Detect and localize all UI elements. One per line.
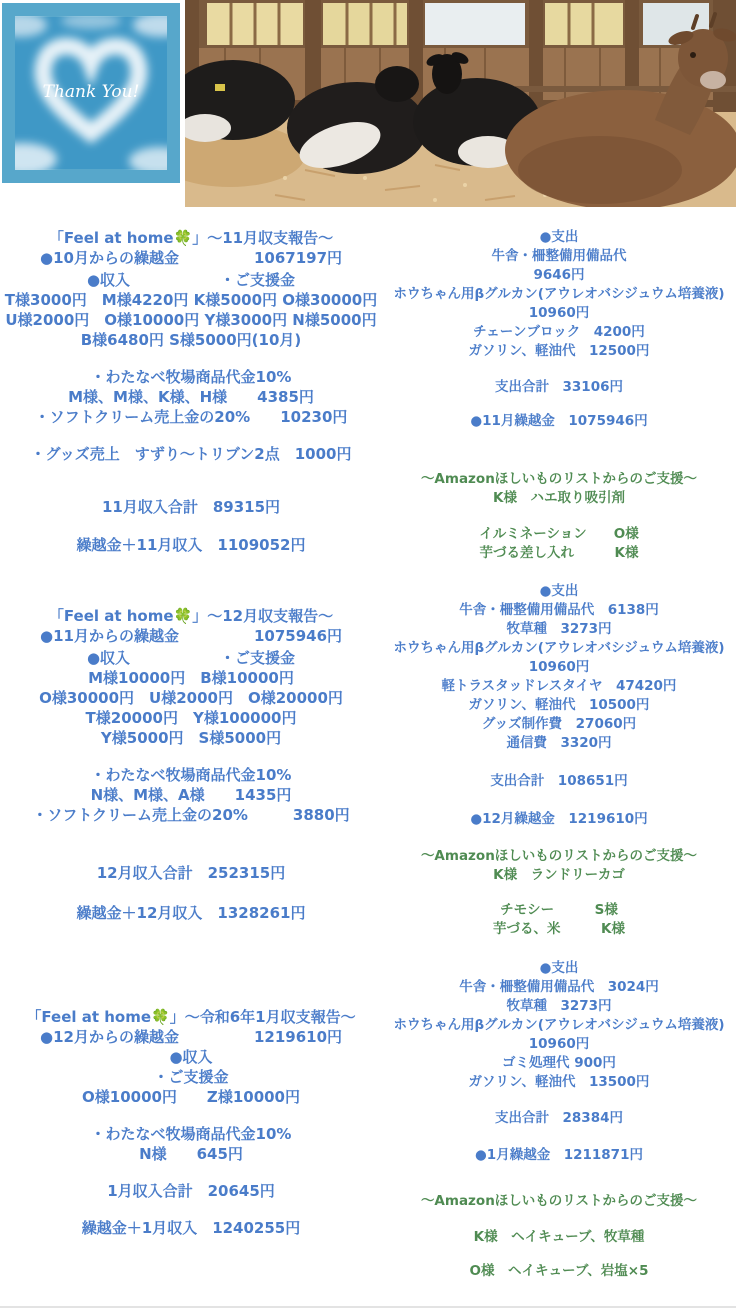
report-line: ●1月繰越金 1211871円 [382, 1146, 736, 1165]
report-line: 通信費 3320円 [382, 734, 736, 753]
thank-you-card: Thank You! [2, 3, 180, 183]
report-line: 繰越金＋11月収入 1109052円 [0, 535, 382, 555]
report-line: ・わたなべ牧場商品代金10% [0, 367, 382, 387]
report-line: 10960円 [382, 658, 736, 677]
report-line: 牛舎・柵整備用備品代 6138円 [382, 601, 736, 620]
report-line: ●10月からの繰越金 1067197円 [0, 248, 382, 268]
report-line: 12月収入合計 252315円 [0, 863, 382, 883]
report-line: ・グッズ売上 すずり〜トリブン2点 1000円 [0, 444, 382, 464]
report-line: 9646円 [382, 266, 736, 285]
report-line: ●12月繰越金 1219610円 [382, 810, 736, 829]
report-line: ガソリン、軽油代 13500円 [382, 1073, 736, 1092]
page: Thank You! [0, 0, 736, 1308]
report-line: イルミネーション O様 [382, 525, 736, 544]
report-line: O様 ヘイキューブ、岩塩×5 [382, 1262, 736, 1281]
report-line: ●12月からの繰越金 1219610円 [0, 1027, 382, 1047]
report-line: チェーンブロック 4200円 [382, 323, 736, 342]
report-line: ●支出 [382, 582, 736, 601]
report-line: T様20000円 Y様100000円 [0, 708, 382, 728]
report-line: ●11月繰越金 1075946円 [382, 412, 736, 431]
report-line: 〜Amazonほしいものリストからのご支援〜 [382, 1192, 736, 1211]
report-line: K様 ハエ取り吸引剤 [382, 489, 736, 508]
report-line: ●収入 ・ご支援金 [0, 270, 382, 290]
report-line: ●支出 [382, 228, 736, 247]
expense-column: ●支出牛舎・柵整備用備品代9646円ホウちゃん用βグルカン(アウレオバシジュウム… [382, 207, 736, 1281]
report-line: 牧草種 3273円 [382, 620, 736, 639]
report-line: 〜Amazonほしいものリストからのご支援〜 [382, 470, 736, 489]
report-line: Y様5000円 S様5000円 [0, 728, 382, 748]
report-line: チモシー S様 [382, 901, 736, 920]
report-line: N様、M様、A様 1435円 [0, 785, 382, 805]
report-line: グッズ制作費 27060円 [382, 715, 736, 734]
report-line: T様3000円 M様4220円 K様5000円 O様30000円 [0, 290, 382, 310]
report-line: ●11月からの繰越金 1075946円 [0, 626, 382, 646]
report-line: K様 ヘイキューブ、牧草種 [382, 1228, 736, 1247]
report-line: ホウちゃん用βグルカン(アウレオバシジュウム培養液) [382, 639, 736, 658]
report-line: 牛舎・柵整備用備品代 [382, 247, 736, 266]
report-line: K様 ランドリーカゴ [382, 866, 736, 885]
header: Thank You! [0, 0, 736, 207]
report-line: 支出合計 28384円 [382, 1109, 736, 1128]
report-line: 軽トラスタッドレスタイヤ 47420円 [382, 677, 736, 696]
report-line: O様30000円 U様2000円 O様20000円 [0, 688, 382, 708]
report-line: 「Feel at home🍀」〜11月収支報告〜 [0, 228, 382, 248]
report-line: ・ソフトクリーム売上金の20% 3880円 [0, 805, 382, 825]
report-line: ホウちゃん用βグルカン(アウレオバシジュウム培養液) [382, 1016, 736, 1035]
report-line: ●収入 [0, 1047, 382, 1067]
report-line: ●収入 ・ご支援金 [0, 648, 382, 668]
cloud-heart-image: Thank You! [15, 16, 167, 170]
report-line: 11月収入合計 89315円 [0, 497, 382, 517]
report-line: N様 645円 [0, 1144, 382, 1164]
report-line: 牛舎・柵整備用備品代 3024円 [382, 978, 736, 997]
report-line: ・ご支援金 [0, 1067, 382, 1087]
report-line: ・わたなべ牧場商品代金10% [0, 765, 382, 785]
report-line: 芋づる、米 K様 [382, 920, 736, 939]
report-line: ホウちゃん用βグルカン(アウレオバシジュウム培養液) [382, 285, 736, 304]
thank-you-text: Thank You! [43, 82, 140, 102]
barn-cows-photo [185, 0, 736, 207]
report-body: 「Feel at home🍀」〜11月収支報告〜●10月からの繰越金 10671… [0, 207, 736, 1281]
report-line: 支出合計 33106円 [382, 378, 736, 397]
report-line: M様10000円 B様10000円 [0, 668, 382, 688]
income-column: 「Feel at home🍀」〜11月収支報告〜●10月からの繰越金 10671… [0, 207, 382, 1238]
report-line: 芋づる差し入れ K様 [382, 544, 736, 563]
report-line: ゴミ処理代 900円 [382, 1054, 736, 1073]
report-line: 支出合計 108651円 [382, 772, 736, 791]
report-line: 10960円 [382, 304, 736, 323]
report-line: ●支出 [382, 959, 736, 978]
report-line: 1月収入合計 20645円 [0, 1181, 382, 1201]
report-line: 牧草種 3273円 [382, 997, 736, 1016]
report-line: 〜Amazonほしいものリストからのご支援〜 [382, 847, 736, 866]
report-line: ガソリン、軽油代 12500円 [382, 342, 736, 361]
report-line: M様、M様、K様、H様 4385円 [0, 387, 382, 407]
report-line: 繰越金＋12月収入 1328261円 [0, 903, 382, 923]
report-line: B様6480円 S様5000円(10月) [0, 330, 382, 350]
barn-scene [185, 0, 736, 207]
report-line: ・わたなべ牧場商品代金10% [0, 1124, 382, 1144]
report-line: ・ソフトクリーム売上金の20% 10230円 [0, 407, 382, 427]
report-line: 「Feel at home🍀」〜12月収支報告〜 [0, 606, 382, 626]
report-line: U様2000円 O様10000円 Y様3000円 N様5000円 [0, 310, 382, 330]
report-line: O様10000円 Z様10000円 [0, 1087, 382, 1107]
report-line: 10960円 [382, 1035, 736, 1054]
report-line: 「Feel at home🍀」〜令和6年1月収支報告〜 [0, 1007, 382, 1027]
report-line: 繰越金＋1月収入 1240255円 [0, 1218, 382, 1238]
report-line: ガソリン、軽油代 10500円 [382, 696, 736, 715]
